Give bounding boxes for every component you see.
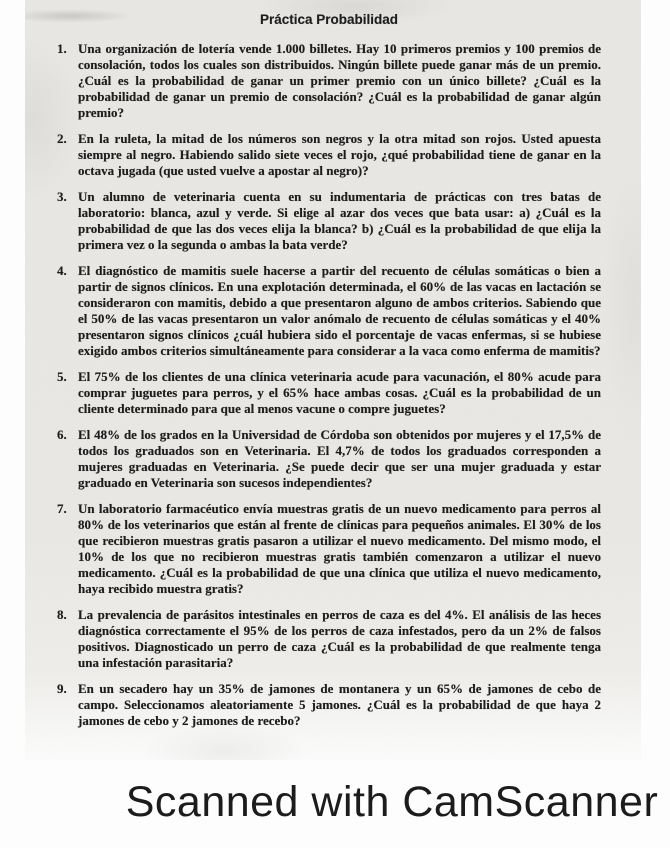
problem-number: 5. [57,369,71,417]
camscanner-watermark: Scanned with CamScanner [126,778,659,826]
problem-item-4: 4. El diagnóstico de mamitis suele hacer… [57,263,601,359]
problem-number: 4. [57,263,71,359]
problem-text: La prevalencia de parásitos intestinales… [78,607,601,671]
problem-text: Una organización de lotería vende 1.000 … [78,41,601,121]
problem-list: 1. Una organización de lotería vende 1.0… [57,41,601,729]
problem-number: 1. [57,41,71,121]
problem-text: El 48% de los grados en la Universidad d… [78,427,601,491]
problem-item-1: 1. Una organización de lotería vende 1.0… [57,41,601,121]
problem-text: Un alumno de veterinaria cuenta en su in… [78,189,601,253]
problem-number: 3. [57,189,71,253]
problem-item-8: 8. La prevalencia de parásitos intestina… [57,607,601,671]
problem-text: Un laboratorio farmacéutico envía muestr… [78,501,601,597]
problem-number: 7. [57,501,71,597]
problem-text: El diagnóstico de mamitis suele hacerse … [78,263,601,359]
problem-text: En un secadero hay un 35% de jamones de … [78,681,601,729]
problem-item-5: 5. El 75% de los clientes de una clínica… [57,369,601,417]
worksheet-content: Práctica Probabilidad 1. Una organizació… [57,12,601,739]
problem-item-7: 7. Un laboratorio farmacéutico envía mue… [57,501,601,597]
camscanner-watermark-bar: Scanned with CamScanner [57,776,670,828]
camscanner-scan-view: { "document": { "title": "Práctica Proba… [0,0,670,848]
problem-number: 6. [57,427,71,491]
problem-item-2: 2. En la ruleta, la mitad de los números… [57,131,601,179]
problem-item-3: 3. Un alumno de veterinaria cuenta en su… [57,189,601,253]
problem-text: El 75% de los clientes de una clínica ve… [78,369,601,417]
page-title: Práctica Probabilidad [57,12,601,27]
problem-number: 2. [57,131,71,179]
scanned-page: Práctica Probabilidad 1. Una organizació… [25,0,641,760]
problem-number: 8. [57,607,71,671]
problem-text: En la ruleta, la mitad de los números so… [78,131,601,179]
problem-item-9: 9. En un secadero hay un 35% de jamones … [57,681,601,729]
problem-item-6: 6. El 48% de los grados en la Universida… [57,427,601,491]
problem-number: 9. [57,681,71,729]
